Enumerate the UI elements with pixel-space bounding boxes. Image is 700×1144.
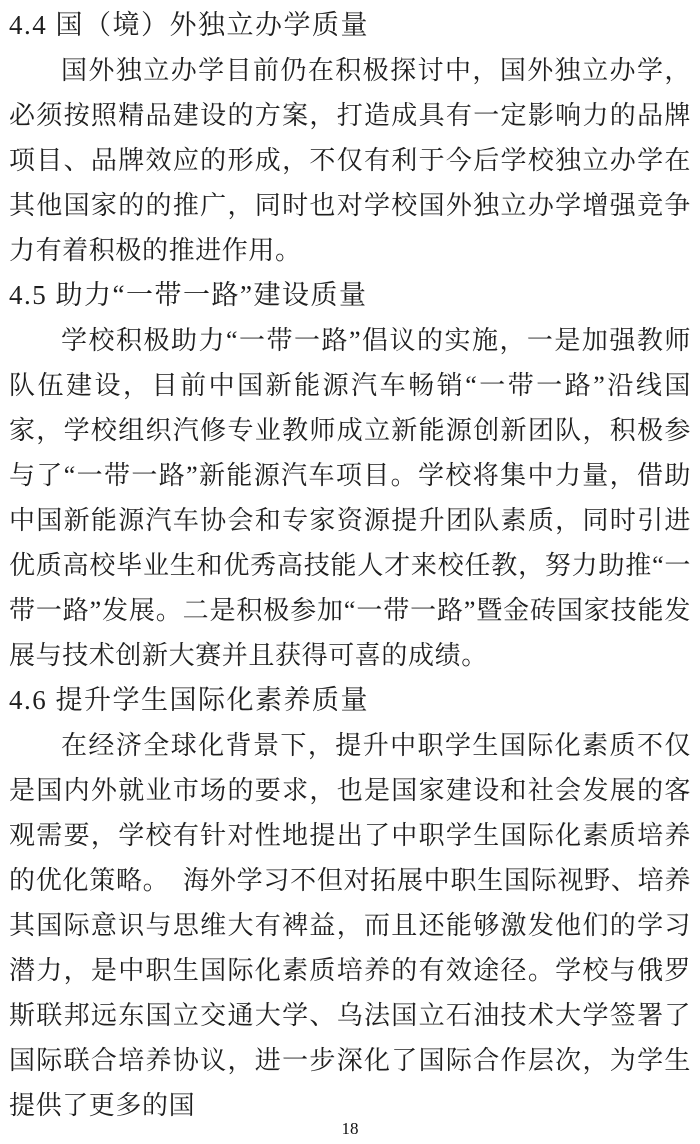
section-heading: 4.4 国（境）外独立办学质量 (9, 3, 691, 48)
section-4-5: 4.5 助力“一带一路”建设质量 学校积极助力“一带一路”倡议的实施，一是加强教… (9, 273, 691, 678)
document-page: 4.4 国（境）外独立办学质量 国外独立办学目前仍在积极探讨中，国外独立办学，必… (0, 0, 700, 1144)
page-number: 18 (0, 1119, 700, 1139)
section-heading: 4.6 提升学生国际化素养质量 (9, 678, 691, 723)
section-paragraph: 学校积极助力“一带一路”倡议的实施，一是加强教师队伍建设，目前中国新能源汽车畅销… (9, 318, 691, 678)
section-paragraph: 国外独立办学目前仍在积极探讨中，国外独立办学，必须按照精品建设的方案，打造成具有… (9, 48, 691, 273)
section-4-6: 4.6 提升学生国际化素养质量 在经济全球化背景下，提升中职学生国际化素质不仅是… (9, 678, 691, 1128)
section-heading: 4.5 助力“一带一路”建设质量 (9, 273, 691, 318)
document-content: 4.4 国（境）外独立办学质量 国外独立办学目前仍在积极探讨中，国外独立办学，必… (0, 0, 700, 1128)
section-paragraph: 在经济全球化背景下，提升中职学生国际化素质不仅是国内外就业市场的要求，也是国家建… (9, 723, 691, 1128)
section-4-4: 4.4 国（境）外独立办学质量 国外独立办学目前仍在积极探讨中，国外独立办学，必… (9, 3, 691, 273)
